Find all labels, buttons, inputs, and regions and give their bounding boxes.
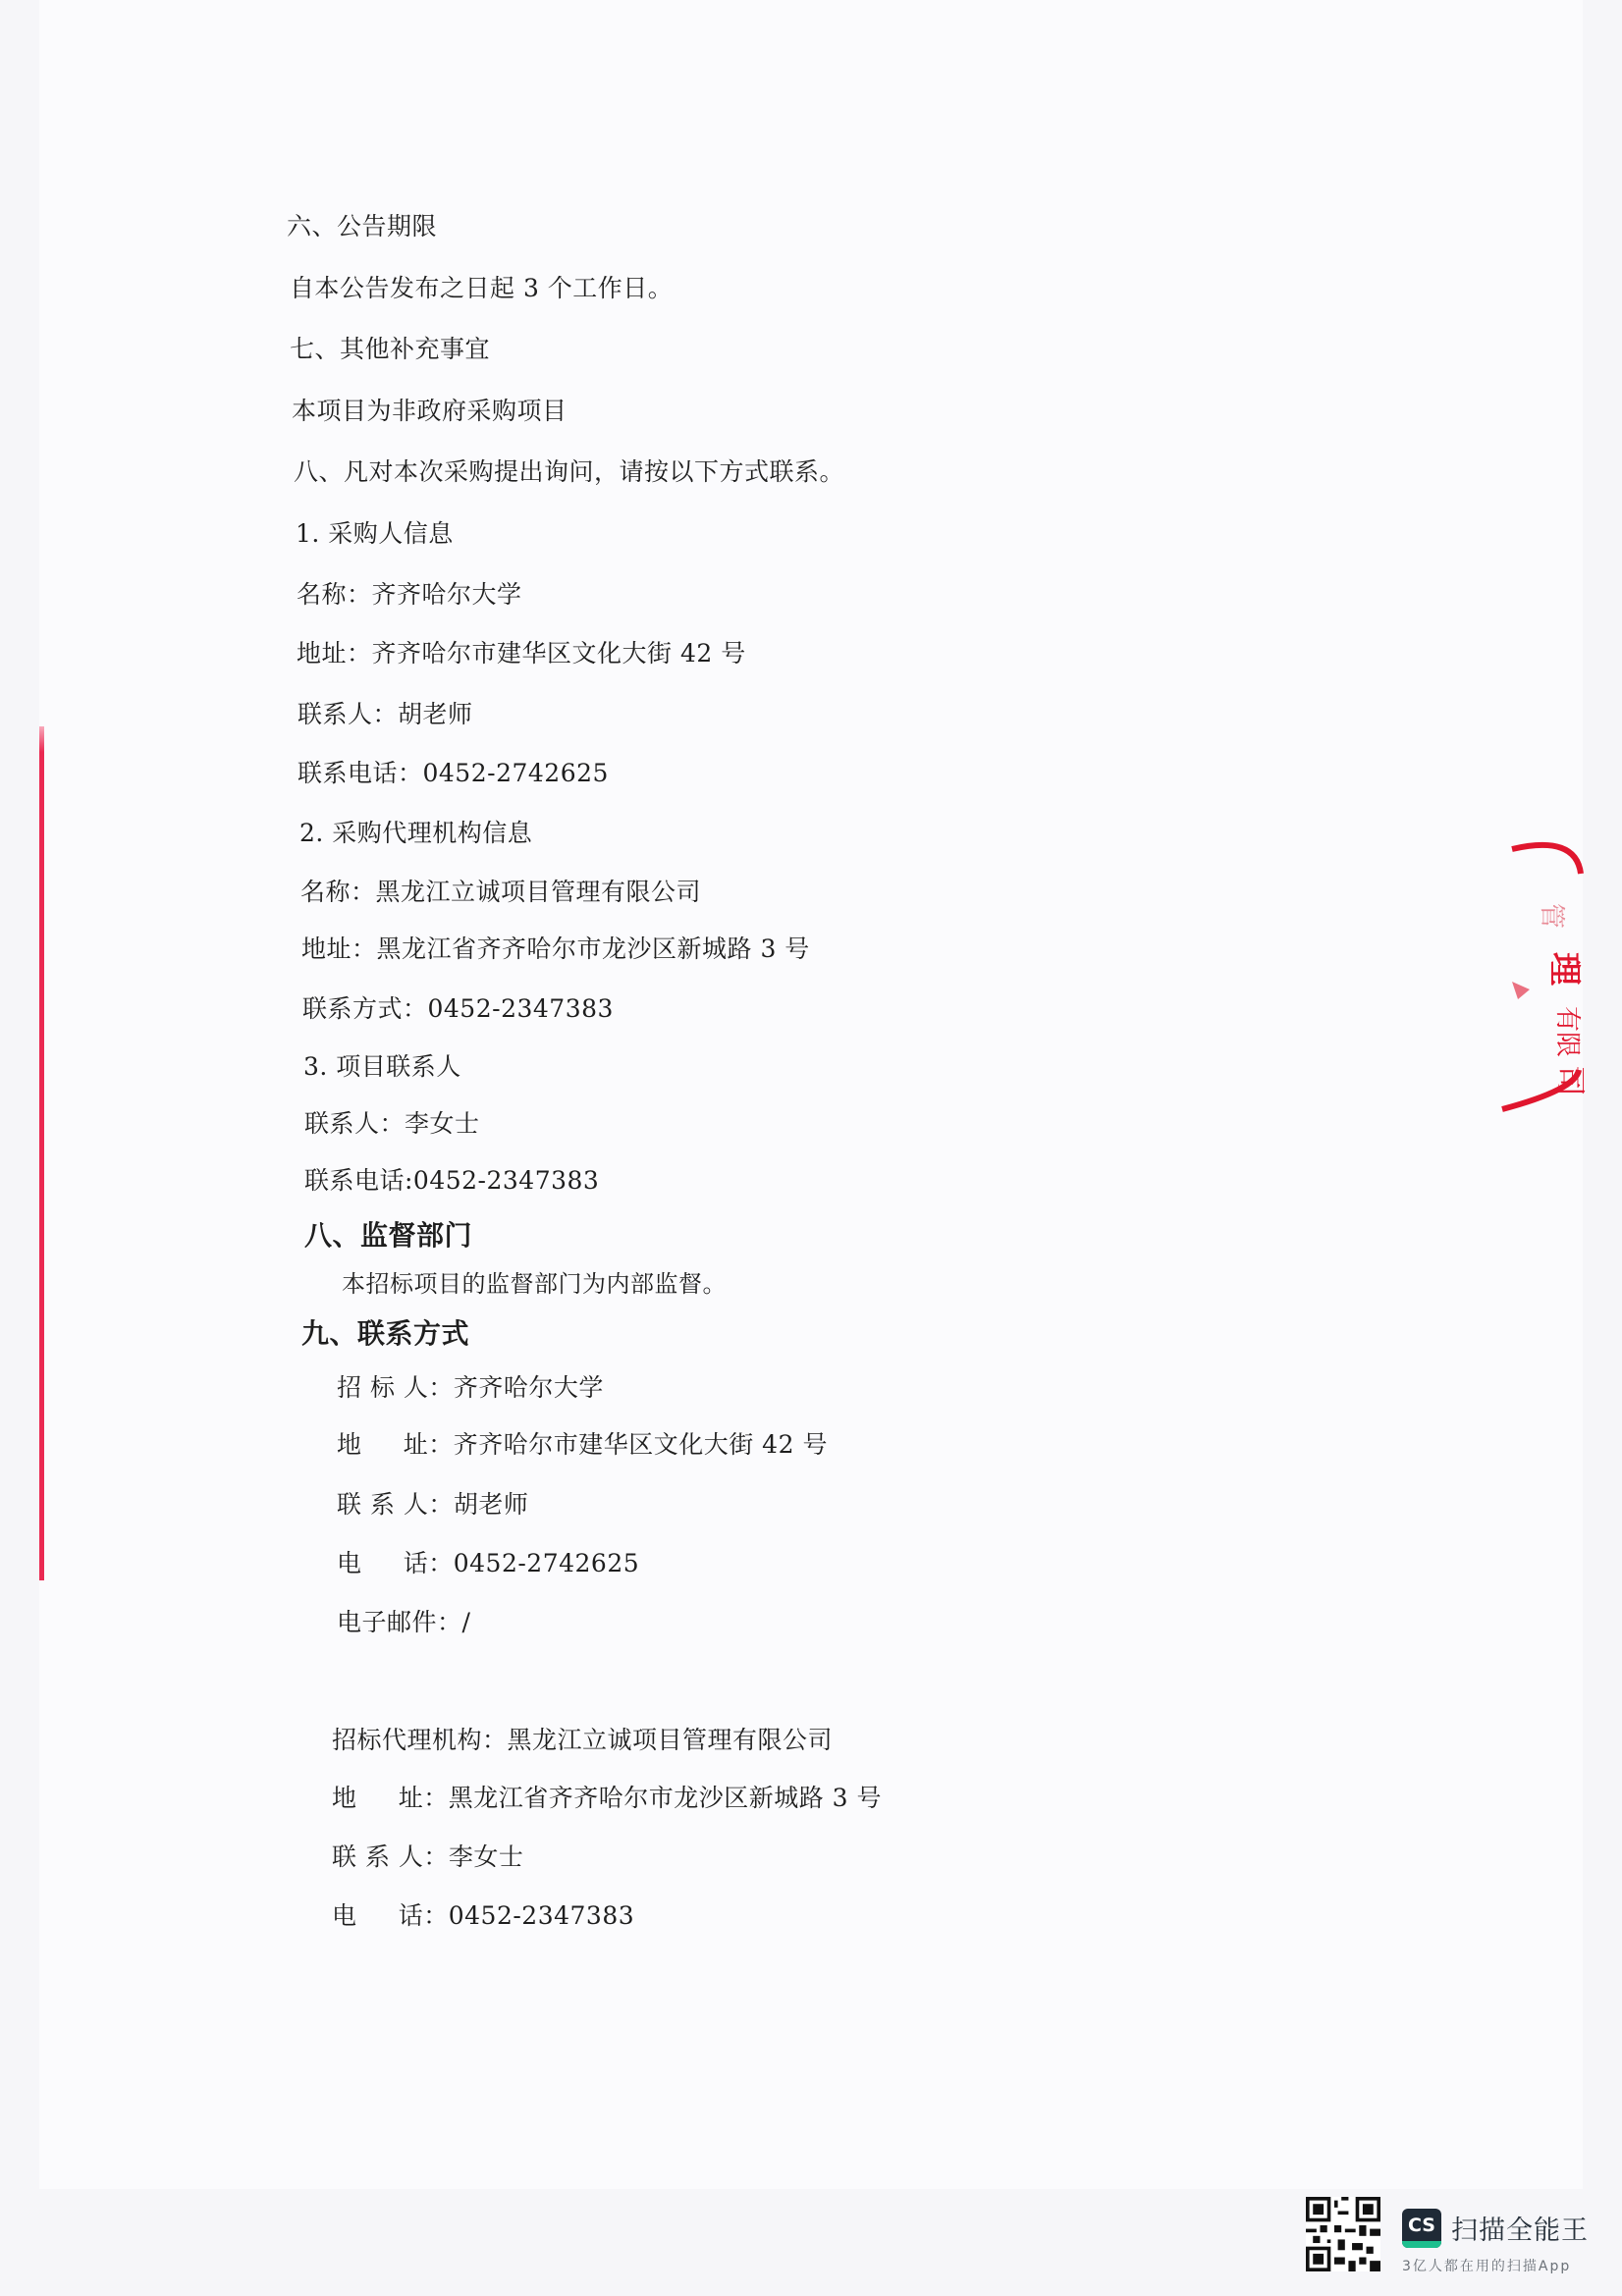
field-value: 齐齐哈尔大学 [454,1373,604,1402]
scan-edge-red-stripe [39,726,44,1580]
field-value: 0452-2742625 [454,1549,639,1577]
field-value: 齐齐哈尔市建华区文化大街 42 号 [454,1430,828,1459]
field-value: 胡老师 [454,1490,529,1519]
scanner-watermark: CS 扫描全能王 3亿人都在用的扫描App [1306,2197,1600,2275]
scanner-app-tagline: 3亿人都在用的扫描App [1402,2256,1571,2275]
field-value: 黑龙江立诚项目管理有限公司 [508,1726,834,1754]
field-value: 李女士 [449,1842,524,1871]
section-line-p3-contact: 联系人：李女士 [304,1108,480,1140]
company-seal-stamp: 管 理 有限 司 [1483,825,1622,1119]
section-line-p2-name: 名称：黑龙江立诚项目管理有限公司 [300,877,701,908]
field-label: 招 标 人： [337,1373,454,1402]
section-line-p3-phone: 联系电话:0452-2347383 [304,1165,599,1197]
field-value: 0452-2347383 [449,1901,634,1930]
field-value: / [462,1608,471,1636]
section-line-p1-name: 名称：齐齐哈尔大学 [297,579,522,611]
section-line-p1-addr: 地址：齐齐哈尔市建华区文化大街 42 号 [297,638,746,669]
agency-address-row: 地 址：黑龙江省齐齐哈尔市龙沙区新城路 3 号 [332,1783,882,1814]
agency-phone-row: 电 话：0452-2347383 [332,1900,634,1932]
section-line-s6-body: 自本公告发布之日起 3 个工作日。 [290,273,673,304]
section-line-p1-title: 1. 采购人信息 [296,518,454,550]
svg-text:理: 理 [1544,952,1584,986]
tenderer-email-row: 电子邮件：/ [337,1607,470,1638]
supervision-heading: 八、监督部门 [304,1220,472,1252]
svg-text:有限: 有限 [1552,1006,1582,1057]
field-label: 地 址： [337,1430,454,1459]
section-line-s7-body: 本项目为非政府采购项目 [292,396,568,427]
section-line-p2-title: 2. 采购代理机构信息 [299,818,532,849]
tenderer-row: 招 标 人：齐齐哈尔大学 [337,1372,604,1404]
section-line-s6-title: 六、公告期限 [287,211,437,242]
section-line-p1-phone: 联系电话：0452-2742625 [297,758,609,789]
camscanner-logo: CS [1402,2209,1441,2248]
tenderer-phone-row: 电 话：0452-2742625 [337,1548,639,1579]
seal-icon: 管 理 有限 司 [1483,825,1622,1119]
scanner-app-name: 扫描全能王 [1451,2209,1589,2247]
field-label: 招标代理机构： [332,1726,508,1754]
field-value: 黑龙江省齐齐哈尔市龙沙区新城路 3 号 [449,1784,882,1812]
section-line-p1-contact: 联系人：胡老师 [297,699,473,730]
agency-name-row: 招标代理机构：黑龙江立诚项目管理有限公司 [332,1725,833,1756]
scanned-page [39,0,1583,2189]
section-line-s7-title: 七、其他补充事宜 [290,334,490,365]
qr-code-icon [1306,2197,1380,2271]
field-label: 电子邮件： [337,1608,462,1636]
field-label: 电 话： [332,1901,449,1930]
contact-heading: 九、联系方式 [301,1318,469,1350]
tenderer-address-row: 地 址：齐齐哈尔市建华区文化大街 42 号 [337,1429,828,1461]
svg-text:司: 司 [1551,1065,1589,1096]
section-line-p2-addr: 地址：黑龙江省齐齐哈尔市龙沙区新城路 3 号 [301,934,810,965]
section-line-p2-contact: 联系方式：0452-2347383 [302,993,614,1025]
field-label: 联 系 人： [337,1490,454,1519]
field-label: 地 址： [332,1784,449,1812]
agency-contact-person-row: 联 系 人：李女士 [332,1842,523,1873]
section-line-s8-title: 八、凡对本次采购提出询问，请按以下方式联系。 [294,456,844,488]
field-label: 联 系 人： [332,1842,449,1871]
section-line-p3-title: 3. 项目联系人 [303,1051,461,1083]
tenderer-contact-person-row: 联 系 人：胡老师 [337,1489,528,1521]
field-label: 电 话： [337,1549,454,1577]
supervision-body: 本招标项目的监督部门为内部监督。 [342,1268,727,1300]
svg-text:管: 管 [1537,903,1566,929]
